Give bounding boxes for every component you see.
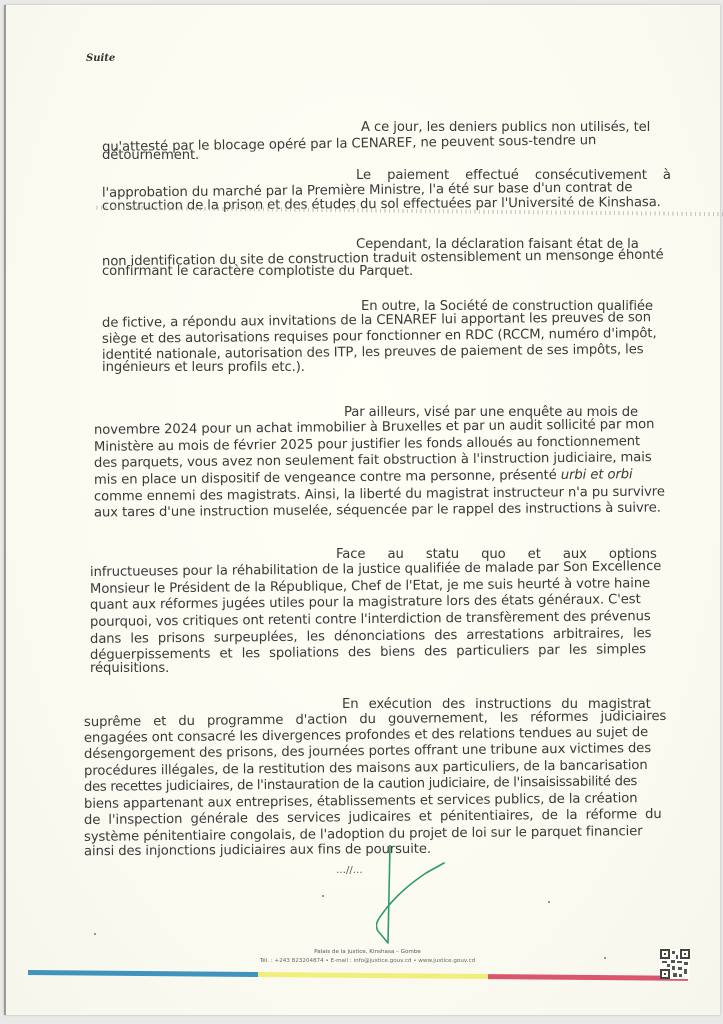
paragraph-6-line-8: réquisitions. [90, 661, 169, 677]
flag-band-yellow [258, 972, 488, 979]
footer-contact: Tél. : +243 823204874 • E-mail : info@ju… [6, 958, 723, 964]
continuation-mark: …//… [336, 865, 363, 876]
flag-band-blue [28, 970, 258, 977]
footer-address: Palais de la justice, Kinshasa – Gombe [6, 949, 723, 955]
italic-phrase: urbi et orbi [561, 467, 633, 483]
handwritten-signature [376, 845, 466, 955]
qr-code-icon [660, 949, 690, 979]
letter-page: Suite A ce jour, les deniers publics non… [4, 5, 720, 1015]
paragraph-4-line-5: ingénieurs et leurs profils etc.). [102, 360, 305, 376]
continuation-header: Suite [86, 53, 115, 64]
scan-speck [94, 933, 96, 935]
scan-speck [548, 901, 550, 903]
paragraph-1-line-3: détournement. [102, 148, 199, 164]
flag-band-red [488, 974, 688, 981]
paragraph-3-line-3: confirmant le caractère complotiste du P… [102, 264, 413, 280]
scan-speck [322, 895, 324, 897]
